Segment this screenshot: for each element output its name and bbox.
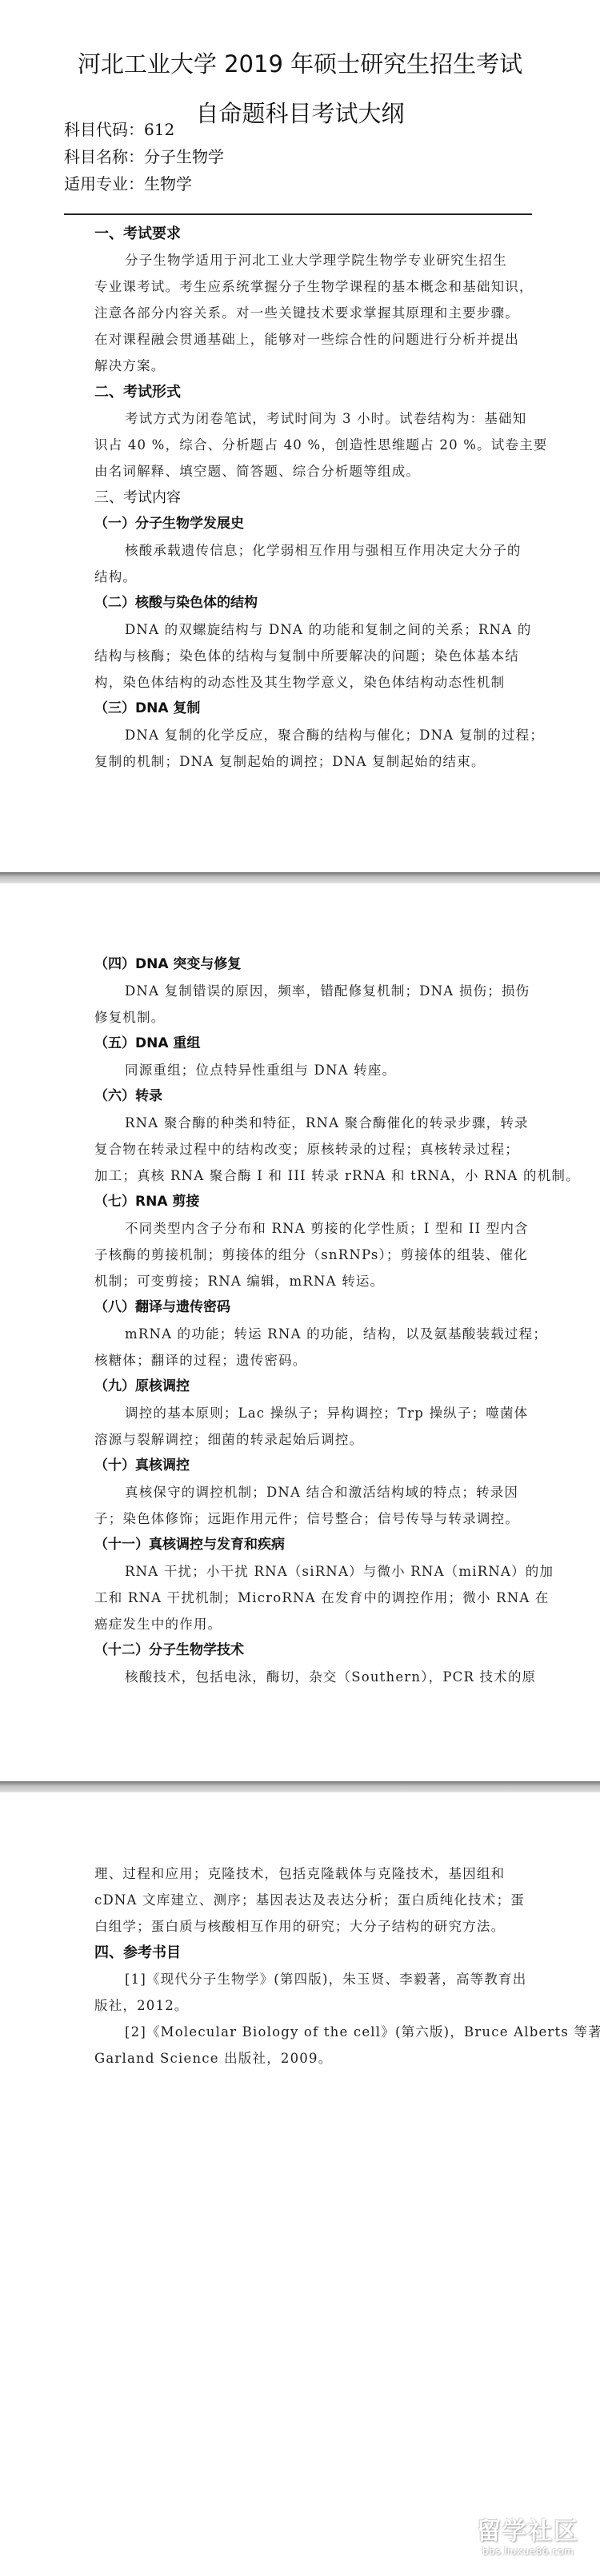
text-line: 核酸承载遗传信息；化学弱相互作用与强相互作用决定大分子的 [64, 537, 509, 564]
document-page-3: 理、过程和应用；克隆技术，包括克隆载体与克隆技术，基因组和 cDNA 文库建立、… [0, 1792, 600, 2576]
text-line: 考试方式为闭卷笔试，考试时间为 3 小时。试卷结构为：基础知 [64, 405, 509, 432]
subsection-11-paragraph: RNA 干扰；小干扰 RNA（siRNA）与微小 RNA（miRNA）的加 工和… [64, 1558, 509, 1637]
text-line: DNA 复制错误的原因，频率，错配修复机制；DNA 损伤；损伤 [64, 978, 509, 1004]
text-line: 不同类型内含子分布和 RNA 剪接的化学性质；I 型和 II 型内含 [64, 1215, 509, 1242]
text-line: 复制的机制；DNA 复制起始的调控；DNA 复制起始的结束。 [64, 748, 509, 775]
section-heading-exam-format: 二、考试形式 [64, 379, 509, 405]
text-line: Garland Science 出版社，2009。 [64, 2045, 509, 2072]
watermark-logo-text: 留学社区 [464, 2518, 592, 2546]
text-line: 核糖体；翻译的过程；遗传密码。 [64, 1347, 509, 1374]
applicable-major-label: 适用专业： [64, 174, 144, 193]
subsection-heading-9: （九）原核调控 [64, 1374, 509, 1400]
subsection-heading-6: （六）转录 [64, 1083, 509, 1110]
subsection-2-paragraph: DNA 的双螺旋结构与 DNA 的功能和复制之间的关系；RNA 的 结构与核酶；… [64, 616, 509, 696]
page1-content: 一、考试要求 分子生物学适用于河北工业大学理学院生物学专业研究生招生 专业课考试… [64, 221, 509, 775]
text-line: 调控的基本原则；Lac 操纵子；异构调控；Trp 操纵子；噬菌体 [64, 1400, 509, 1426]
text-line: 子；染色体修饰；远距作用元件；信号整合；信号传导与转录调控。 [64, 1505, 509, 1532]
text-line: [1]《现代分子生物学》(第四版)，朱玉贤、李毅著，高等教育出 [64, 1966, 509, 1992]
text-line: 同源重组；位点特异性重组与 DNA 转座。 [64, 1057, 509, 1083]
text-line: 工和 RNA 干扰机制；MicroRNA 在发育中的调控作用；微小 RNA 在 [64, 1585, 509, 1611]
subsection-3-paragraph: DNA 复制的化学反应，聚合酶的结构与催化；DNA 复制的过程； 复制的机制；D… [64, 722, 509, 775]
subsection-heading-11: （十一）真核调控与发育和疾病 [64, 1532, 509, 1558]
document-page-2: （四）DNA 突变与修复 DNA 复制错误的原因，频率，错配修复机制；DNA 损… [0, 883, 600, 1781]
text-line: RNA 聚合酶的种类和特征，RNA 聚合酶催化的转录步骤，转录 [64, 1110, 509, 1136]
text-line: mRNA 的功能；转运 RNA 的功能，结构，以及氨基酸装载过程； [64, 1321, 509, 1347]
page-separator [0, 1781, 600, 1792]
text-line: 白组学；蛋白质与核酸相互作用的研究；大分子结构的研究方法。 [64, 1913, 509, 1940]
subsection-6-paragraph: RNA 聚合酶的种类和特征，RNA 聚合酶催化的转录步骤，转录 复合物在转录过程… [64, 1110, 509, 1189]
subsection-heading-12: （十二）分子生物学技术 [64, 1637, 509, 1664]
text-line: 由名词解释、填空题、简答题、综合分析题等组成。 [64, 458, 509, 484]
subsection-12-paragraph: 核酸技术，包括电泳，酶切，杂交（Southern），PCR 技术的原 [64, 1664, 509, 1690]
reference-2: [2]《Molecular Biology of the cell》(第六版)，… [64, 2019, 509, 2072]
subsection-heading-3: （三）DNA 复制 [64, 696, 509, 722]
text-line: 分子生物学适用于河北工业大学理学院生物学专业研究生招生 [64, 247, 509, 273]
exam-requirements-paragraph: 分子生物学适用于河北工业大学理学院生物学专业研究生招生 专业课考试。考生应系统掌… [64, 247, 509, 379]
text-line: 解决方案。 [64, 353, 509, 379]
reference-1: [1]《现代分子生物学》(第四版)，朱玉贤、李毅著，高等教育出 版社，2012。 [64, 1966, 509, 2019]
subsection-8-paragraph: mRNA 的功能；转运 RNA 的功能，结构，以及氨基酸装载过程； 核糖体；翻译… [64, 1321, 509, 1374]
applicable-major-value: 生物学 [144, 174, 192, 193]
text-line: [2]《Molecular Biology of the cell》(第六版)，… [64, 2019, 509, 2045]
site-watermark: 留学社区 bbs.liuxue86.com [464, 2518, 592, 2566]
header-divider [64, 213, 532, 215]
text-line: 核酸技术，包括电泳，酶切，杂交（Southern），PCR 技术的原 [64, 1664, 509, 1690]
subject-name-value: 分子生物学 [144, 147, 224, 166]
subsection-heading-7: （七）RNA 剪接 [64, 1189, 509, 1215]
subsection-heading-4: （四）DNA 突变与修复 [64, 951, 509, 978]
text-line: 注意各部分内容关系。对一些关键技术要求掌握其原理和主要步骤。 [64, 300, 509, 326]
text-line: DNA 复制的化学反应，聚合酶的结构与催化；DNA 复制的过程； [64, 722, 509, 748]
subject-code-value: 612 [144, 120, 174, 139]
text-line: RNA 干扰；小干扰 RNA（siRNA）与微小 RNA（miRNA）的加 [64, 1558, 509, 1585]
watermark-url-text: bbs.liuxue86.com [464, 2546, 592, 2557]
text-line: 复合物在转录过程中的结构改变；原核转录的过程；真核转录过程； [64, 1136, 509, 1162]
text-line: 结构与核酶；染色体的结构与复制中所要解决的问题；染色体基本结 [64, 643, 509, 669]
document-title-line-1: 河北工业大学 2019 年硕士研究生招生考试 [0, 46, 600, 79]
subsection-heading-10: （十）真核调控 [64, 1453, 509, 1479]
subsection-5-paragraph: 同源重组；位点特异性重组与 DNA 转座。 [64, 1057, 509, 1083]
subject-code: 科目代码：612 [64, 117, 174, 140]
text-line: 真核保守的调控机制；DNA 结合和激活结构域的特点；转录因 [64, 1479, 509, 1505]
text-line: 识占 40 %，综合、分析题占 40 %，创造性思维题占 20 %。试卷主要 [64, 432, 509, 458]
subsection-heading-2: （二）核酸与染色体的结构 [64, 590, 509, 616]
text-line: 子核酶的剪接机制；剪接体的组分（snRNPs）；剪接体的组装、催化 [64, 1242, 509, 1268]
text-line: 理、过程和应用；克隆技术，包括克隆载体与克隆技术，基因组和 [64, 1860, 509, 1887]
text-line: 结构。 [64, 564, 509, 590]
subsection-12-continued-paragraph: 理、过程和应用；克隆技术，包括克隆载体与克隆技术，基因组和 cDNA 文库建立、… [64, 1860, 509, 1940]
subsection-7-paragraph: 不同类型内含子分布和 RNA 剪接的化学性质；I 型和 II 型内含 子核酶的剪… [64, 1215, 509, 1294]
exam-format-paragraph: 考试方式为闭卷笔试，考试时间为 3 小时。试卷结构为：基础知 识占 40 %，综… [64, 405, 509, 484]
text-line: 癌症发生中的作用。 [64, 1611, 509, 1637]
text-line: 修复机制。 [64, 1004, 509, 1031]
subsection-10-paragraph: 真核保守的调控机制；DNA 结合和激活结构域的特点；转录因 子；染色体修饰；远距… [64, 1479, 509, 1532]
subject-code-label: 科目代码： [64, 120, 144, 139]
text-line: 专业课考试。考生应系统掌握分子生物学课程的基本概念和基础知识， [64, 273, 509, 300]
applicable-major: 适用专业：生物学 [64, 171, 192, 194]
text-line: 在对课程融会贯通基础上，能够对一些综合性的问题进行分析并提出 [64, 326, 509, 353]
section-heading-exam-requirements: 一、考试要求 [64, 221, 509, 247]
subsection-1-paragraph: 核酸承载遗传信息；化学弱相互作用与强相互作用决定大分子的 结构。 [64, 537, 509, 590]
subsection-heading-1: （一）分子生物学发展史 [64, 511, 509, 537]
text-line: 溶源与裂解调控；细菌的转录起始后调控。 [64, 1426, 509, 1453]
text-line: DNA 的双螺旋结构与 DNA 的功能和复制之间的关系；RNA 的 [64, 616, 509, 643]
page3-content: 理、过程和应用；克隆技术，包括克隆载体与克隆技术，基因组和 cDNA 文库建立、… [64, 1860, 509, 2072]
subject-name-label: 科目名称： [64, 147, 144, 166]
subsection-4-paragraph: DNA 复制错误的原因，频率，错配修复机制；DNA 损伤；损伤 修复机制。 [64, 978, 509, 1031]
subject-name: 科目名称：分子生物学 [64, 144, 224, 167]
text-line: cDNA 文库建立、测序；基因表达及表达分析；蛋白质纯化技术；蛋 [64, 1887, 509, 1913]
text-line: 构，染色体结构的动态性及其生物学意义，染色体结构动态性机制 [64, 669, 509, 696]
text-line: 加工；真核 RNA 聚合酶 I 和 III 转录 rRNA 和 tRNA，小 R… [64, 1162, 509, 1189]
text-line: 版社，2012。 [64, 1992, 509, 2019]
text-line: 机制；可变剪接；RNA 编辑，mRNA 转运。 [64, 1268, 509, 1294]
page-separator [0, 872, 600, 883]
subsection-heading-8: （八）翻译与遗传密码 [64, 1294, 509, 1321]
subsection-9-paragraph: 调控的基本原则；Lac 操纵子；异构调控；Trp 操纵子；噬菌体 溶源与裂解调控… [64, 1400, 509, 1453]
page2-content: （四）DNA 突变与修复 DNA 复制错误的原因，频率，错配修复机制；DNA 损… [64, 951, 509, 1690]
section-heading-exam-content: 三、考试内容 [64, 484, 509, 511]
section-heading-references: 四、参考书目 [64, 1940, 509, 1966]
document-page-1: 河北工业大学 2019 年硕士研究生招生考试 自命题科目考试大纲 科目代码：61… [0, 0, 600, 873]
subsection-heading-5: （五）DNA 重组 [64, 1031, 509, 1057]
